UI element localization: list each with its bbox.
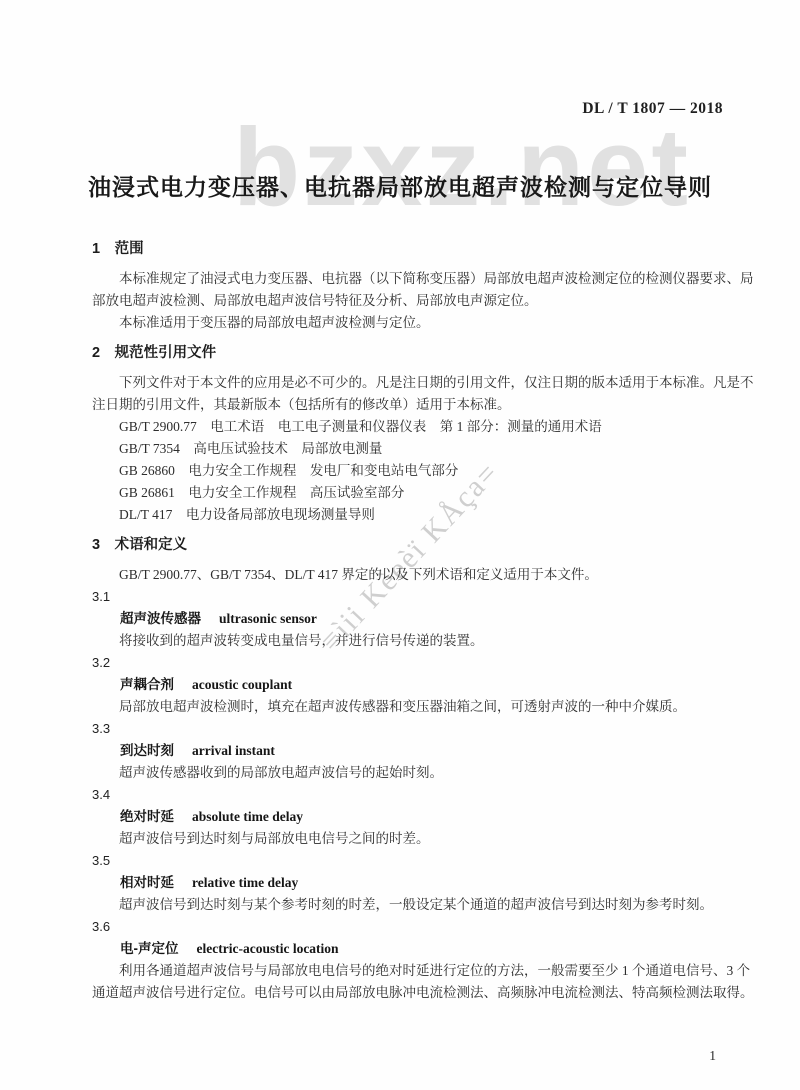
term-entry-3: 3.3 到达时刻arrival instant 超声波传感器收到的局部放电超声波… (92, 718, 756, 784)
term-name: 绝对时延absolute time delay (92, 806, 756, 828)
term-definition: 将接收到的超声波转变成电量信号，并进行信号传递的装置。 (92, 630, 756, 652)
term-name: 超声波传感器ultrasonic sensor (92, 608, 756, 630)
reference-item-5: DL/T 417 电力设备局部放电现场测量导则 (92, 504, 756, 526)
term-entry-1: 3.1 超声波传感器ultrasonic sensor 将接收到的超声波转变成电… (92, 586, 756, 652)
document-page: bzxz.net ≡ìii Kèeèï KÅça= DL / T 1807 — … (0, 0, 800, 1090)
reference-item-3: GB 26860 电力安全工作规程 发电厂和变电站电气部分 (92, 460, 756, 482)
term-definition: 局部放电超声波检测时，填充在超声波传感器和变压器油箱之间，可透射声波的一种中介媒… (92, 696, 756, 718)
term-name: 声耦合剂acoustic couplant (92, 674, 756, 696)
term-number: 3.1 (92, 586, 756, 608)
document-body: 1 范围 本标准规定了油浸式电力变压器、电抗器（以下简称变压器）局部放电超声波检… (92, 238, 756, 1004)
term-name-en: electric-acoustic location (197, 941, 339, 956)
document-title: 油浸式电力变压器、电抗器局部放电超声波检测与定位导则 (0, 169, 800, 202)
term-name-zh: 电-声定位 (120, 941, 179, 956)
term-name-en: arrival instant (192, 743, 275, 758)
term-name-en: ultrasonic sensor (219, 611, 317, 626)
term-name-zh: 超声波传感器 (120, 611, 201, 626)
term-number: 3.2 (92, 652, 756, 674)
term-entry-2: 3.2 声耦合剂acoustic couplant 局部放电超声波检测时，填充在… (92, 652, 756, 718)
term-name-zh: 绝对时延 (120, 809, 174, 824)
term-name-en: relative time delay (192, 875, 298, 890)
terms-intro: GB/T 2900.77、GB/T 7354、DL/T 417 界定的以及下列术… (92, 564, 756, 586)
page-number: 1 (709, 1048, 716, 1064)
term-entry-6: 3.6 电-声定位electric-acoustic location 利用各通… (92, 916, 756, 1004)
section-scope-heading: 1 范围 (92, 238, 756, 260)
reference-item-4: GB 26861 电力安全工作规程 高压试验室部分 (92, 482, 756, 504)
references-intro: 下列文件对于本文件的应用是必不可少的。凡是注日期的引用文件，仅注日期的版本适用于… (92, 372, 756, 416)
term-definition: 利用各通道超声波信号与局部放电电信号的绝对时延进行定位的方法，一般需要至少 1 … (92, 960, 756, 1004)
scope-paragraph-1: 本标准规定了油浸式电力变压器、电抗器（以下简称变压器）局部放电超声波检测定位的检… (92, 268, 756, 312)
term-number: 3.6 (92, 916, 756, 938)
term-number: 3.5 (92, 850, 756, 872)
term-definition: 超声波信号到达时刻与局部放电电信号之间的时差。 (92, 828, 756, 850)
term-name: 电-声定位electric-acoustic location (92, 938, 756, 960)
term-name: 到达时刻arrival instant (92, 740, 756, 762)
term-number: 3.4 (92, 784, 756, 806)
term-name-zh: 到达时刻 (120, 743, 174, 758)
term-name-en: acoustic couplant (192, 677, 292, 692)
section-references-heading: 2 规范性引用文件 (92, 342, 756, 364)
term-number: 3.3 (92, 718, 756, 740)
term-definition: 超声波传感器收到的局部放电超声波信号的起始时刻。 (92, 762, 756, 784)
term-definition: 超声波信号到达时刻与某个参考时刻的时差，一般设定某个通道的超声波信号到达时刻为参… (92, 894, 756, 916)
term-name-en: absolute time delay (192, 809, 303, 824)
reference-item-1: GB/T 2900.77 电工术语 电工电子测量和仪器仪表 第 1 部分：测量的… (92, 416, 756, 438)
bzxz-watermark: bzxz.net (233, 104, 691, 231)
standard-code: DL / T 1807 — 2018 (582, 100, 723, 118)
term-name-zh: 相对时延 (120, 875, 174, 890)
term-entry-5: 3.5 相对时延relative time delay 超声波信号到达时刻与某个… (92, 850, 756, 916)
term-entry-4: 3.4 绝对时延absolute time delay 超声波信号到达时刻与局部… (92, 784, 756, 850)
scope-paragraph-2: 本标准适用于变压器的局部放电超声波检测与定位。 (92, 312, 756, 334)
term-name-zh: 声耦合剂 (120, 677, 174, 692)
section-terms-heading: 3 术语和定义 (92, 534, 756, 556)
term-name: 相对时延relative time delay (92, 872, 756, 894)
reference-item-2: GB/T 7354 高电压试验技术 局部放电测量 (92, 438, 756, 460)
